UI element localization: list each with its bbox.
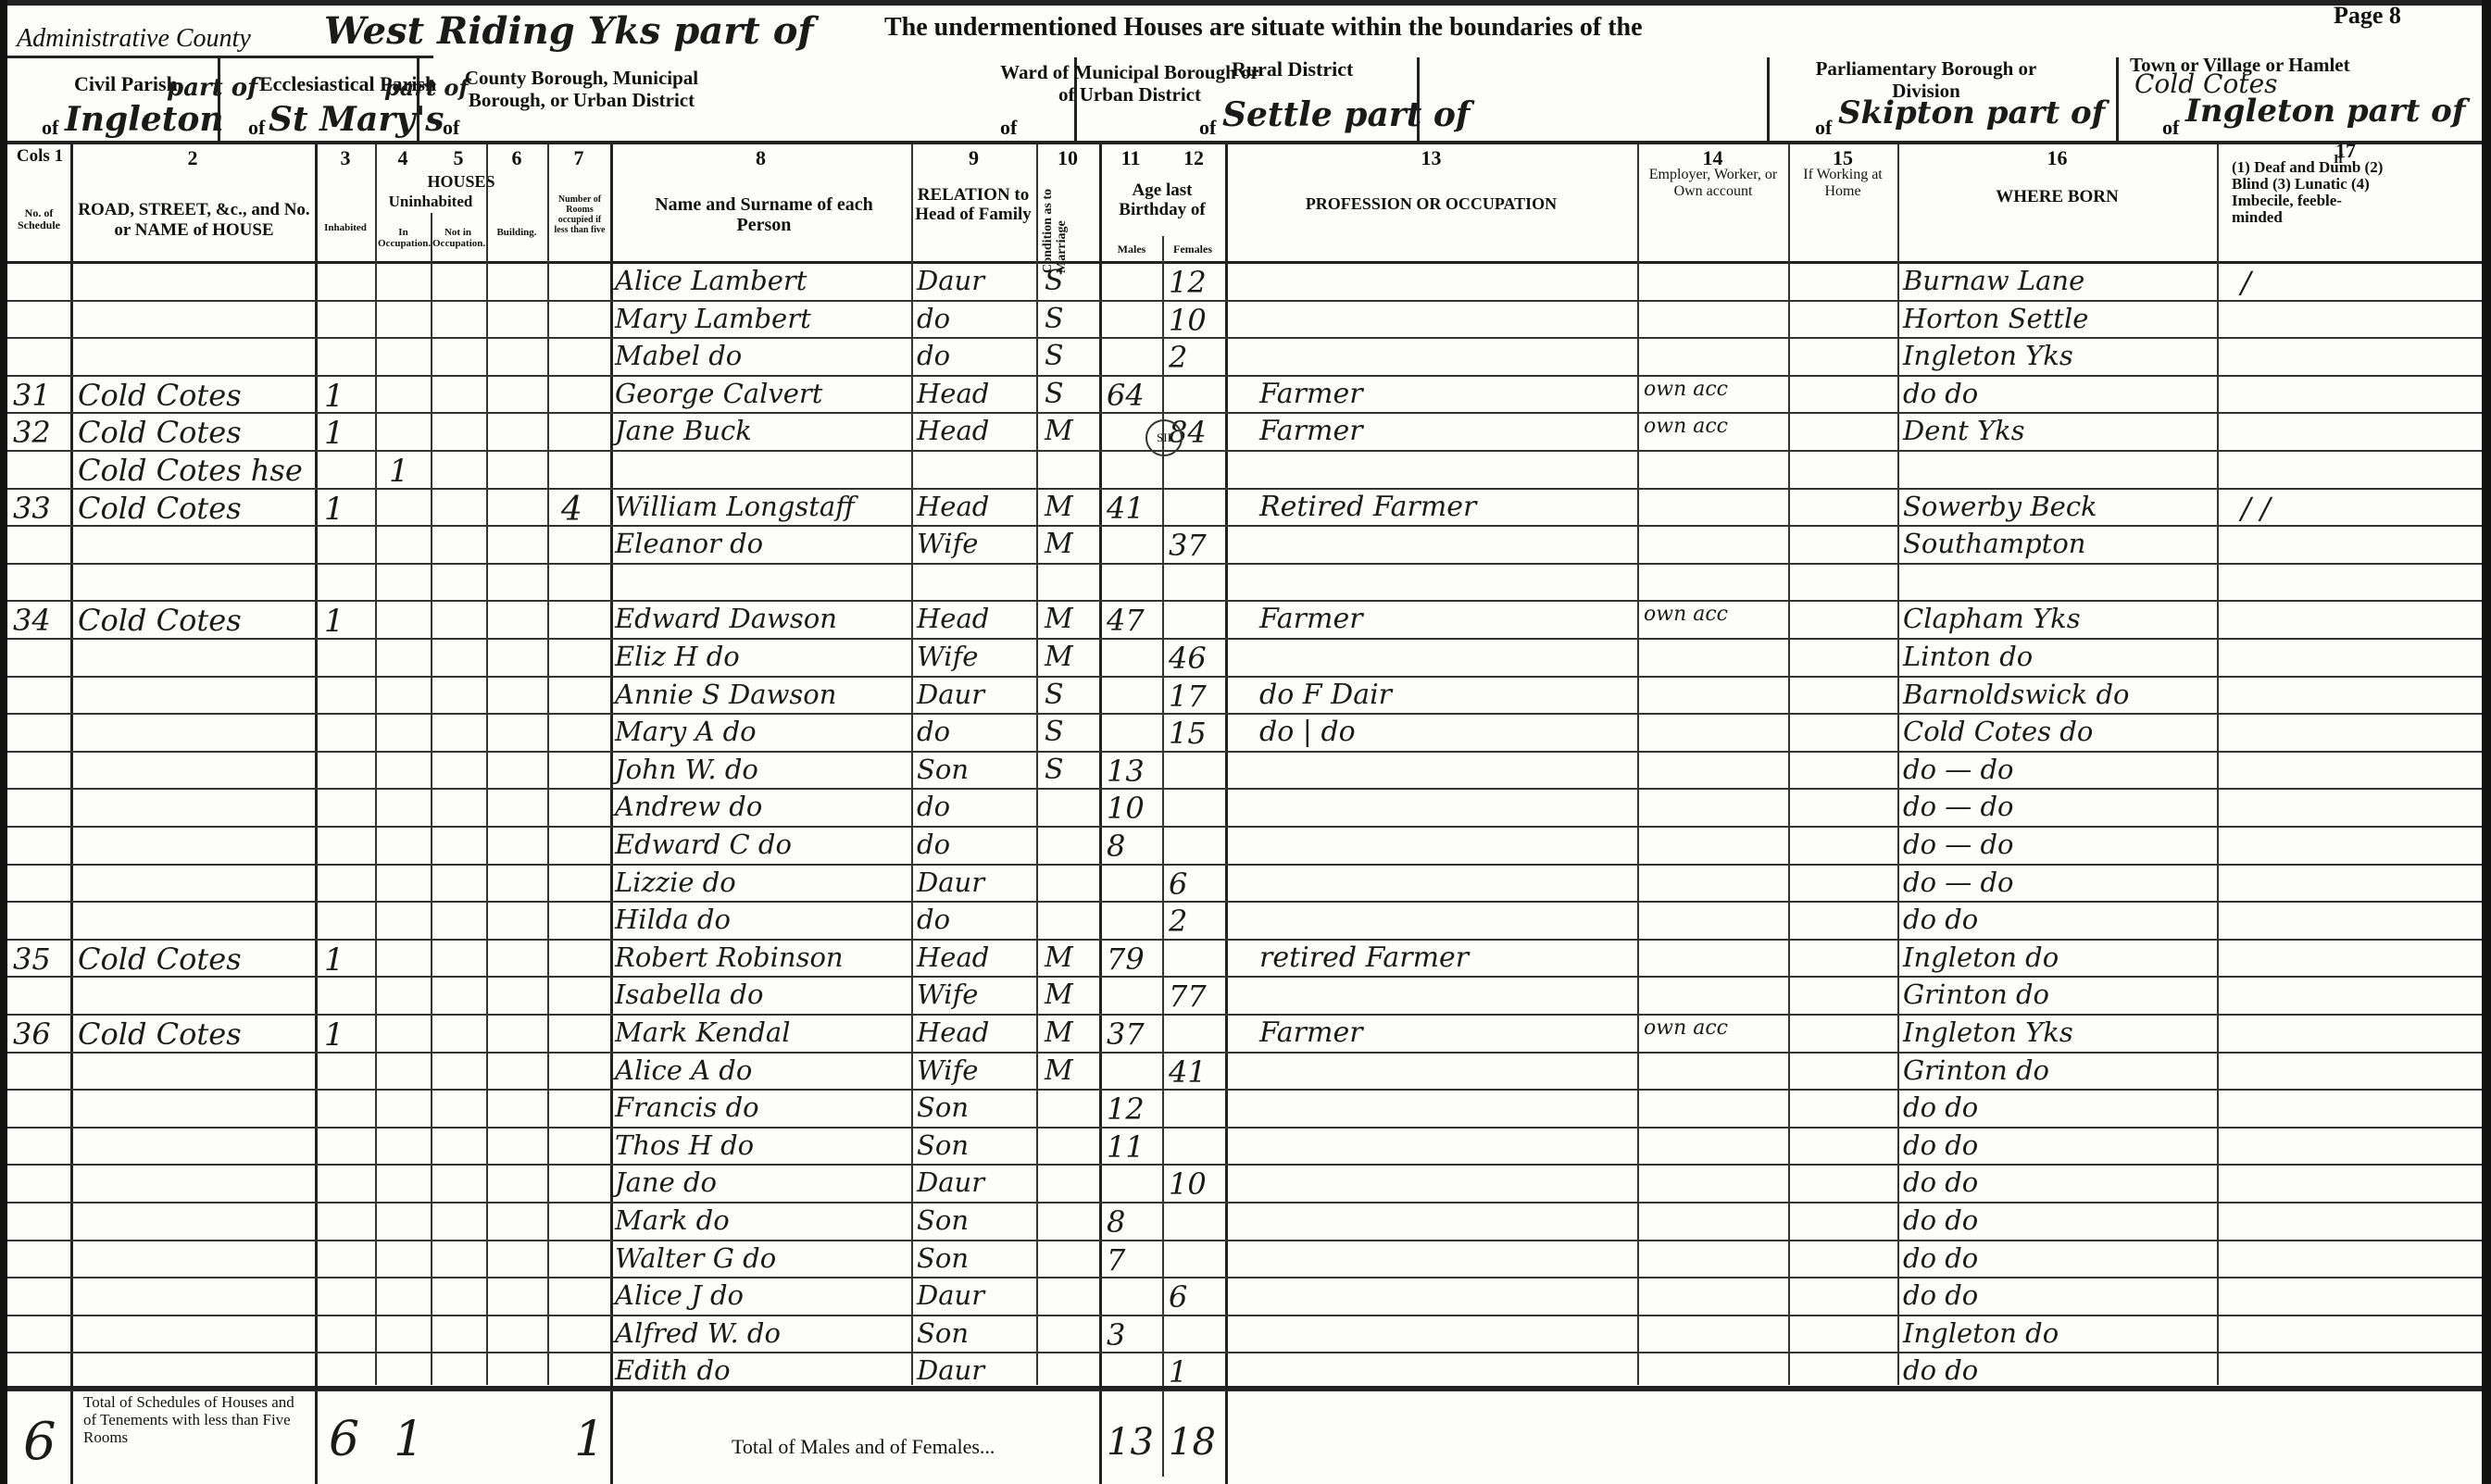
- of-label: of: [1199, 116, 1216, 140]
- birthplace: do — do: [1903, 791, 2013, 822]
- female-age: 12: [1169, 265, 1207, 300]
- col-in-occupation-header: In Occupation.: [378, 227, 429, 249]
- male-age: 64: [1107, 378, 1145, 413]
- female-age: 2: [1169, 904, 1187, 939]
- col-number: Cols 1: [7, 146, 72, 167]
- road-name: Cold Cotes: [78, 1016, 242, 1052]
- col-number: 7: [547, 146, 610, 170]
- col-females-header: Females: [1163, 243, 1222, 256]
- employer-status: own acc: [1644, 1016, 1728, 1040]
- person-name: Eleanor do: [615, 528, 763, 559]
- civil-parish-note: part of: [167, 74, 257, 102]
- person-name: Mary A do: [615, 716, 757, 747]
- relation: do: [917, 303, 950, 334]
- female-age: 37: [1169, 528, 1207, 563]
- relation: Daur: [917, 1279, 984, 1311]
- occupation: retired Farmer: [1259, 942, 1469, 974]
- relation: Daur: [917, 265, 984, 296]
- total-males: 13: [1107, 1421, 1154, 1464]
- schedule-number: 32: [13, 415, 51, 450]
- row-rule: [7, 337, 2482, 339]
- ecclesiastical-parish-value: St Mary's: [269, 100, 444, 139]
- male-age: 8: [1107, 829, 1125, 864]
- road-name: Cold Cotes hse: [78, 453, 303, 488]
- birthplace: Ingleton Yks: [1903, 340, 2073, 371]
- person-name: Alfred W. do: [615, 1317, 781, 1349]
- marital-condition: M: [1045, 1016, 1073, 1049]
- col-where-born-header: WHERE BORN: [1897, 187, 2217, 207]
- birthplace: Ingleton Yks: [1903, 1016, 2073, 1048]
- birthplace: do do: [1903, 1129, 1978, 1161]
- of-label: of: [2162, 116, 2179, 140]
- total-schedules-label: Total of Schedules of Houses and of Tene…: [83, 1393, 310, 1446]
- birthplace: Grinton do: [1903, 1054, 2049, 1086]
- person-name: Jane do: [615, 1166, 717, 1198]
- person-name: Edward Dawson: [615, 603, 837, 634]
- male-age: 79: [1107, 942, 1145, 977]
- person-name: Alice J do: [615, 1279, 744, 1311]
- row-rule: [7, 1014, 2482, 1016]
- schedule-number: 33: [13, 491, 51, 526]
- row-rule: [7, 600, 2482, 602]
- row-rule: [7, 563, 2482, 565]
- birthplace: Barnoldswick do: [1903, 679, 2129, 710]
- civil-parish-label: Civil Parish: [74, 72, 178, 96]
- col-line: [1897, 144, 1899, 1385]
- col-number: 6: [486, 146, 547, 170]
- person-name: Mabel do: [615, 340, 742, 371]
- birthplace: Ingleton do: [1903, 1317, 2059, 1349]
- inhabited-count: 1: [324, 378, 344, 415]
- female-age: 10: [1169, 303, 1207, 338]
- marital-condition: S: [1045, 679, 1064, 711]
- row-rule: [7, 1240, 2482, 1241]
- row-rule: [7, 751, 2482, 753]
- col-building-header: Building.: [488, 227, 545, 238]
- person-name: Thos H do: [615, 1129, 754, 1161]
- schedule-number: 35: [13, 942, 51, 977]
- rule: [7, 56, 433, 58]
- col-not-in-occupation-header: Not in Occupation.: [432, 227, 483, 249]
- col-number: 16: [1897, 146, 2217, 170]
- marital-condition: S: [1045, 265, 1064, 297]
- col-line: [70, 144, 73, 1484]
- male-age: 13: [1107, 754, 1145, 789]
- inhabited-count: 1: [324, 1016, 344, 1054]
- birthplace: Ingleton do: [1903, 942, 2059, 973]
- male-age: 41: [1107, 491, 1145, 526]
- col-line: [2217, 144, 2219, 1385]
- relation: Wife: [917, 528, 978, 559]
- birthplace: Sowerby Beck: [1903, 491, 2097, 522]
- male-age: 11: [1107, 1129, 1145, 1165]
- person-name: Walter G do: [615, 1242, 776, 1274]
- row-rule: [7, 638, 2482, 640]
- marital-condition: M: [1045, 491, 1073, 523]
- male-age: 12: [1107, 1091, 1145, 1127]
- uninhabited-count: 1: [389, 453, 409, 490]
- col-number: 4: [375, 146, 431, 170]
- relation: Wife: [917, 641, 978, 672]
- row-rule: [7, 713, 2482, 715]
- col-line: [315, 144, 318, 1484]
- col-line: [1099, 144, 1102, 1484]
- male-age: 37: [1107, 1016, 1145, 1052]
- marital-condition: M: [1045, 1054, 1073, 1087]
- col-name-header: Name and Surname of each Person: [630, 194, 898, 235]
- col-line: [1225, 144, 1228, 1484]
- birthplace: do — do: [1903, 867, 2013, 898]
- birthplace: do do: [1903, 1279, 1978, 1311]
- col-infirmity-header: (1) Deaf and Dumb (2) Blind (3) Lunatic …: [2232, 159, 2389, 226]
- col-line: [486, 144, 488, 1385]
- schedule-number: 34: [13, 603, 51, 638]
- of-label: of: [248, 116, 265, 140]
- column-header-rule: [7, 261, 2482, 264]
- infirmity: /: [2241, 265, 2251, 300]
- row-rule: [7, 375, 2482, 377]
- occupation: do | do: [1259, 716, 1356, 748]
- employer-status: own acc: [1644, 603, 1728, 626]
- col-uninhabited-header: Uninhabited: [375, 193, 486, 211]
- birthplace: do do: [1903, 1354, 1978, 1386]
- female-age: 46: [1169, 641, 1207, 676]
- relation: Son: [917, 1204, 969, 1236]
- relation: Son: [917, 754, 969, 785]
- row-rule: [7, 450, 2482, 452]
- relation: do: [917, 829, 950, 860]
- col-number: 3: [315, 146, 376, 170]
- female-age: 6: [1169, 867, 1187, 902]
- marital-condition: M: [1045, 979, 1073, 1011]
- relation: Daur: [917, 1354, 984, 1386]
- rural-district-value: Settle part of: [1222, 95, 1470, 134]
- col-line: [1036, 144, 1038, 1385]
- col-number: 2: [70, 146, 315, 170]
- birthplace: do do: [1903, 1204, 1978, 1236]
- row-rule: [7, 826, 2482, 828]
- person-name: Jane Buck: [615, 415, 752, 446]
- schedule-number: 36: [13, 1016, 51, 1052]
- birthplace: do do: [1903, 378, 1978, 409]
- relation: Son: [917, 1091, 969, 1123]
- col-relation-header: RELATION to Head of Family: [913, 185, 1033, 224]
- total-persons-label: Total of Males and of Females...: [732, 1435, 995, 1459]
- birthplace: Southampton: [1903, 528, 2085, 559]
- male-age: 8: [1107, 1204, 1125, 1240]
- relation: Wife: [917, 1054, 978, 1086]
- administrative-county-label: Administrative County: [17, 24, 251, 54]
- relation: do: [917, 716, 950, 747]
- col-males-header: Males: [1102, 243, 1161, 256]
- female-age: 15: [1169, 716, 1207, 751]
- relation: Daur: [917, 679, 984, 710]
- employer-status: own acc: [1644, 415, 1728, 438]
- total-females: 18: [1169, 1421, 1216, 1464]
- person-name: Annie S Dawson: [615, 679, 836, 710]
- col-road-header: ROAD, STREET, &c., and No. or NAME of HO…: [76, 200, 312, 241]
- relation: do: [917, 904, 950, 935]
- inhabited-count: 1: [324, 942, 344, 979]
- top-border: [0, 0, 2491, 6]
- road-name: Cold Cotes: [78, 378, 242, 413]
- occupation: Farmer: [1259, 415, 1363, 447]
- birthplace: do do: [1903, 904, 1978, 935]
- person-name: Lizzie do: [615, 867, 736, 898]
- row-rule: [7, 1127, 2482, 1129]
- person-name: Hilda do: [615, 904, 731, 935]
- schedule-number: 31: [13, 378, 51, 413]
- occupation: Farmer: [1259, 1016, 1363, 1049]
- rooms-count: 4: [561, 491, 582, 529]
- infirmity: / /: [2241, 491, 2271, 526]
- person-name: Edith do: [615, 1354, 731, 1386]
- row-rule: [7, 788, 2482, 790]
- relation: Head: [917, 491, 989, 522]
- row-rule: [7, 488, 2482, 490]
- person-name: Eliz H do: [615, 641, 740, 672]
- female-age: 10: [1169, 1166, 1207, 1202]
- occupation: Retired Farmer: [1259, 491, 1476, 523]
- relation: Daur: [917, 867, 984, 898]
- person-name: George Calvert: [615, 378, 822, 409]
- circled-annotation: SII: [1145, 419, 1183, 456]
- inhabited-count: 1: [324, 491, 344, 528]
- row-rule: [7, 901, 2482, 903]
- row-rule: [7, 976, 2482, 978]
- of-label: of: [42, 116, 58, 140]
- birthplace: do do: [1903, 1242, 1978, 1274]
- row-rule: [7, 676, 2482, 678]
- relation: Son: [917, 1242, 969, 1274]
- person-name: Mark do: [615, 1204, 730, 1236]
- birthplace: Linton do: [1903, 641, 2033, 672]
- person-name: Isabella do: [615, 979, 763, 1010]
- birthplace: Grinton do: [1903, 979, 2049, 1010]
- col-number: 9: [911, 146, 1036, 170]
- person-name: Alice Lambert: [615, 265, 807, 296]
- of-label: of: [443, 116, 459, 140]
- person-name: Robert Robinson: [615, 942, 844, 973]
- left-border: [0, 0, 7, 1484]
- birthplace: Horton Settle: [1903, 303, 2088, 334]
- relation: Head: [917, 378, 989, 409]
- row-rule: [7, 1164, 2482, 1166]
- divider: [1767, 57, 1770, 141]
- marital-condition: M: [1045, 603, 1073, 635]
- inhabited-count: 1: [324, 415, 344, 452]
- county-borough-label: County Borough, Municipal Borough, or Ur…: [443, 67, 720, 111]
- col-line: [911, 144, 913, 1385]
- marital-condition: S: [1045, 378, 1064, 410]
- female-age: 41: [1169, 1054, 1207, 1090]
- row-rule: [7, 1352, 2482, 1353]
- person-name: William Longstaff: [615, 491, 855, 522]
- road-name: Cold Cotes: [78, 491, 242, 526]
- relation: Son: [917, 1317, 969, 1349]
- birthplace: Clapham Yks: [1903, 603, 2081, 634]
- relation: Head: [917, 1016, 989, 1048]
- birthplace: Cold Cotes do: [1903, 716, 2093, 747]
- person-name: Edward C do: [615, 829, 792, 860]
- female-age: 17: [1169, 679, 1207, 714]
- birthplace: do do: [1903, 1091, 1978, 1123]
- row-rule: [7, 412, 2482, 414]
- person-name: Mark Kendal: [615, 1016, 791, 1048]
- employer-status: own acc: [1644, 378, 1728, 401]
- male-age: 10: [1107, 791, 1145, 826]
- total-inhabited: 6: [329, 1412, 359, 1467]
- relation: do: [917, 340, 950, 371]
- road-name: Cold Cotes: [78, 603, 242, 638]
- civil-parish-value: Ingleton: [65, 100, 224, 139]
- person-name: Francis do: [615, 1091, 759, 1123]
- row-rule: [7, 864, 2482, 866]
- town-value: Ingleton part of: [2185, 93, 2465, 130]
- row-rule: [7, 1052, 2482, 1054]
- header-rule: [7, 141, 2482, 144]
- of-label: of: [1815, 116, 1832, 140]
- relation: Head: [917, 603, 989, 634]
- title-line: The undermentioned Houses are situate wi…: [884, 13, 1643, 43]
- birthplace: do — do: [1903, 754, 2013, 785]
- person-name: Andrew do: [615, 791, 762, 822]
- male-age: 3: [1107, 1317, 1125, 1353]
- col-line: [431, 213, 432, 1385]
- female-age: 6: [1169, 1279, 1187, 1315]
- parliamentary-value: Skipton part of: [1838, 94, 2105, 131]
- relation: Son: [917, 1129, 969, 1161]
- col-line: [610, 144, 613, 1484]
- col-line: [547, 144, 549, 1385]
- col-condition-header: Condition as to Marriage: [1041, 171, 1069, 273]
- col-number: 8: [610, 146, 911, 170]
- col-number: 10: [1036, 146, 1099, 170]
- col-line: [1788, 144, 1790, 1385]
- row-rule: [7, 939, 2482, 941]
- relation: Head: [917, 415, 989, 446]
- marital-condition: S: [1045, 754, 1064, 786]
- divider: [2116, 57, 2119, 141]
- marital-condition: S: [1045, 716, 1064, 748]
- marital-condition: M: [1045, 528, 1073, 560]
- birthplace: do do: [1903, 1166, 1978, 1198]
- total-schedules: 6: [23, 1412, 56, 1472]
- col-employer-header: Employer, Worker, or Own account: [1641, 167, 1785, 200]
- col-line: [1637, 144, 1639, 1385]
- female-age: 77: [1169, 979, 1207, 1014]
- marital-condition: M: [1045, 641, 1073, 673]
- birthplace: Dent Yks: [1903, 415, 2025, 446]
- col-number: 5: [431, 146, 486, 170]
- row-rule: [7, 1089, 2482, 1091]
- row-rule: [7, 1315, 2482, 1316]
- of-label: of: [1000, 116, 1017, 140]
- row-rule: [7, 1202, 2482, 1203]
- birthplace: do — do: [1903, 829, 2013, 860]
- marital-condition: M: [1045, 415, 1073, 447]
- col-rooms-header: Number of Rooms occupied if less than fi…: [551, 194, 608, 235]
- female-age: 1: [1169, 1354, 1187, 1390]
- right-border: [2482, 0, 2491, 1484]
- occupation: Farmer: [1259, 378, 1363, 410]
- marital-condition: S: [1045, 303, 1064, 335]
- occupation: Farmer: [1259, 603, 1363, 635]
- col-inhabited-header: Inhabited: [317, 222, 374, 233]
- row-rule: [7, 525, 2482, 527]
- person-name: John W. do: [615, 754, 758, 785]
- marital-condition: S: [1045, 340, 1064, 372]
- rural-district-label: Rural District: [1232, 57, 1353, 81]
- col-houses-header: HOUSES: [375, 172, 547, 192]
- road-name: Cold Cotes: [78, 942, 242, 977]
- col-at-home-header: If Working at Home: [1792, 167, 1894, 200]
- relation: Daur: [917, 1166, 984, 1198]
- inhabited-count: 1: [324, 603, 344, 640]
- totals-rule: [7, 1386, 2482, 1390]
- col-occupation-header: PROFESSION OR OCCUPATION: [1225, 194, 1637, 214]
- occupation: do F Dair: [1259, 679, 1392, 711]
- col-line: [375, 144, 377, 1385]
- female-age: 2: [1169, 340, 1187, 375]
- row-rule: [7, 300, 2482, 302]
- relation: do: [917, 791, 950, 822]
- person-name: Mary Lambert: [615, 303, 811, 334]
- row-rule: [7, 1277, 2482, 1278]
- col-number: 12: [1162, 146, 1225, 170]
- male-age: 47: [1107, 603, 1145, 638]
- total-uninhabited: 1: [394, 1412, 424, 1467]
- col-age-header: Age last Birthday of: [1102, 181, 1222, 219]
- male-age: 7: [1107, 1242, 1125, 1278]
- person-name: Alice A do: [615, 1054, 752, 1086]
- marital-condition: M: [1045, 942, 1073, 974]
- relation: Wife: [917, 979, 978, 1010]
- road-name: Cold Cotes: [78, 415, 242, 450]
- total-rooms: 1: [574, 1412, 605, 1467]
- relation: Head: [917, 942, 989, 973]
- col-schedule-header: No. of Schedule: [11, 207, 67, 231]
- birthplace: Burnaw Lane: [1903, 265, 2084, 296]
- col-number: 11: [1099, 146, 1162, 170]
- col-number: 13: [1225, 146, 1637, 170]
- census-page: Page 8 The undermentioned Houses are sit…: [0, 0, 2491, 1484]
- administrative-county-value: West Riding Yks part of: [324, 9, 814, 53]
- page-label: Page 8: [2334, 2, 2401, 30]
